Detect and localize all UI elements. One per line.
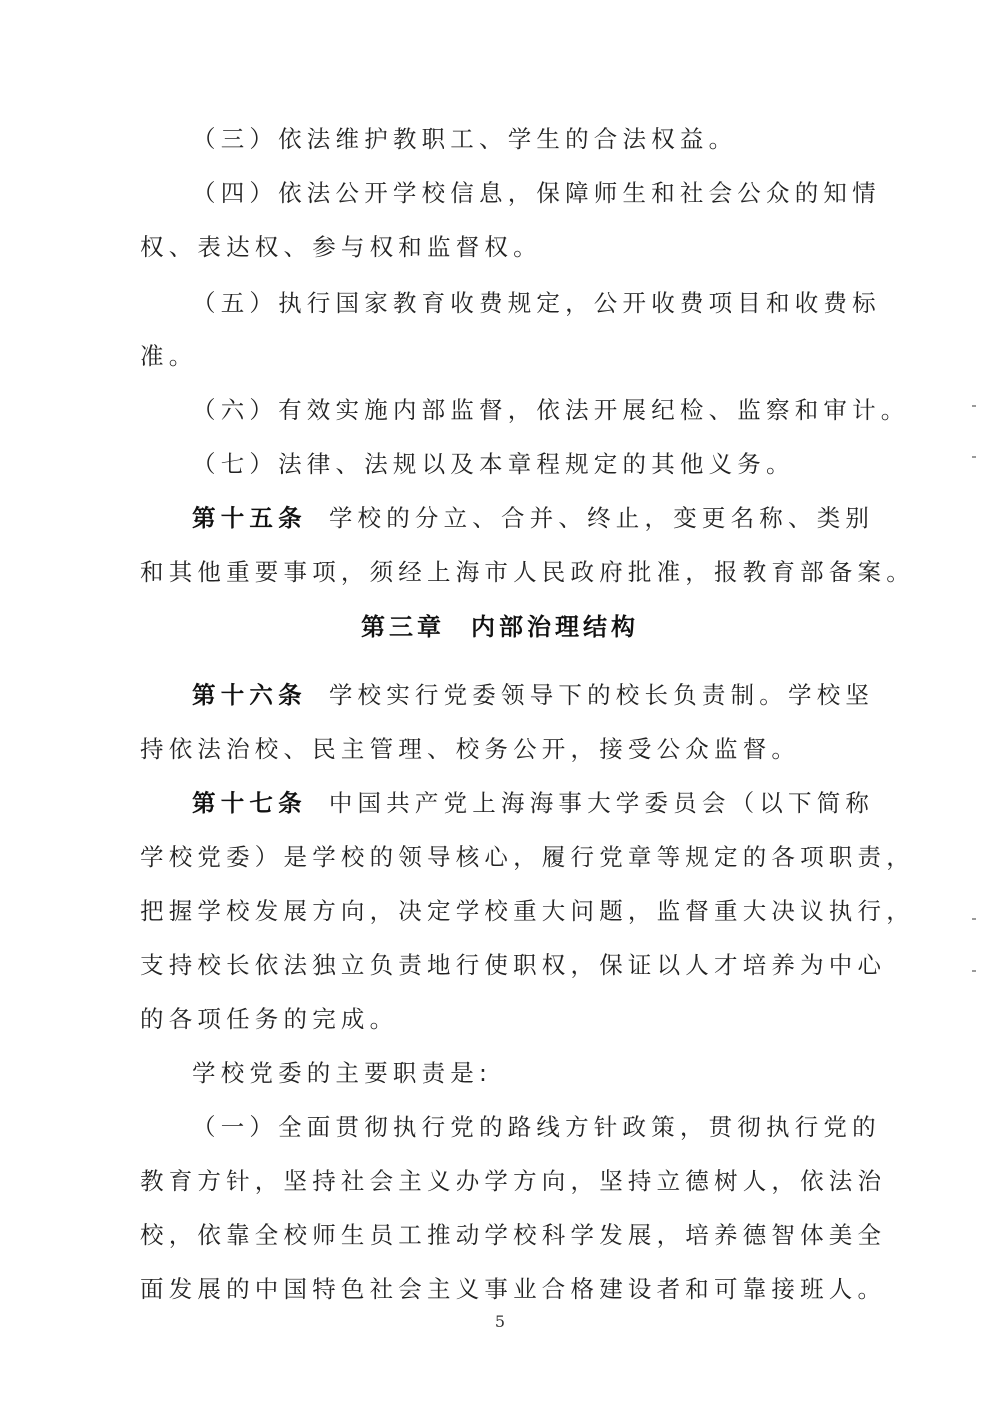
article-16-line2: 持依法治校、民主管理、校务公开，接受公众监督。	[140, 734, 840, 764]
article-17-line5: 的各项任务的完成。	[140, 1004, 840, 1034]
obligation-item-3: （三）依法维护教职工、学生的合法权益。	[192, 124, 892, 154]
article-15-text: 学校的分立、合并、终止，变更名称、类别	[329, 504, 874, 532]
obligation-item-4-line2: 权、表达权、参与权和监督权。	[140, 232, 840, 262]
article-17-text: 中国共产党上海海事大学委员会（以下简称	[329, 789, 874, 817]
obligation-item-7: （七）法律、法规以及本章程规定的其他义务。	[192, 449, 892, 479]
article-15-label: 第十五条	[192, 504, 307, 532]
article-17-line2: 学校党委）是学校的领导核心，履行党章等规定的各项职责，	[140, 842, 840, 872]
duty-1-line3: 校，依靠全校师生员工推动学校科学发展，培养德智体美全	[140, 1220, 840, 1250]
scan-margin-mark	[972, 405, 976, 407]
document-page: （三）依法维护教职工、学生的合法权益。 （四）依法公开学校信息，保障师生和社会公…	[0, 0, 1000, 1414]
obligation-item-5-line1: （五）执行国家教育收费规定，公开收费项目和收费标	[192, 288, 892, 318]
chapter-number: 第三章	[361, 613, 445, 641]
article-17-label: 第十七条	[192, 789, 307, 817]
article-17-line4: 支持校长依法独立负责地行使职权，保证以人才培养为中心	[140, 950, 840, 980]
article-15-line2: 和其他重要事项，须经上海市人民政府批准，报教育部备案。	[140, 557, 840, 587]
chapter-title: 内部治理结构	[471, 613, 639, 641]
duty-1-line4: 面发展的中国特色社会主义事业合格建设者和可靠接班人。	[140, 1274, 840, 1304]
article-16-text: 学校实行党委领导下的校长负责制。学校坚	[329, 681, 874, 709]
article-16-label: 第十六条	[192, 681, 307, 709]
chapter-heading: 第三章内部治理结构	[0, 612, 1000, 642]
duty-1-line1: （一）全面贯彻执行党的路线方针政策，贯彻执行党的	[192, 1112, 892, 1142]
scan-margin-mark	[972, 456, 976, 458]
page-number: 5	[0, 1312, 1000, 1331]
article-17-line1: 第十七条中国共产党上海海事大学委员会（以下简称	[192, 788, 892, 818]
obligation-item-6: （六）有效实施内部监督，依法开展纪检、监察和审计。	[192, 395, 892, 425]
obligation-item-4-line1: （四）依法公开学校信息，保障师生和社会公众的知情	[192, 178, 892, 208]
article-17-line3: 把握学校发展方向，决定学校重大问题，监督重大决议执行，	[140, 896, 840, 926]
article-15-line1: 第十五条学校的分立、合并、终止，变更名称、类别	[192, 503, 892, 533]
article-16-line1: 第十六条学校实行党委领导下的校长负责制。学校坚	[192, 680, 892, 710]
scan-margin-mark	[972, 970, 976, 972]
obligation-item-5-line2: 准。	[140, 341, 840, 371]
duty-1-line2: 教育方针，坚持社会主义办学方向，坚持立德树人，依法治	[140, 1166, 840, 1196]
scan-margin-mark	[972, 918, 976, 920]
duties-intro: 学校党委的主要职责是:	[192, 1058, 892, 1088]
